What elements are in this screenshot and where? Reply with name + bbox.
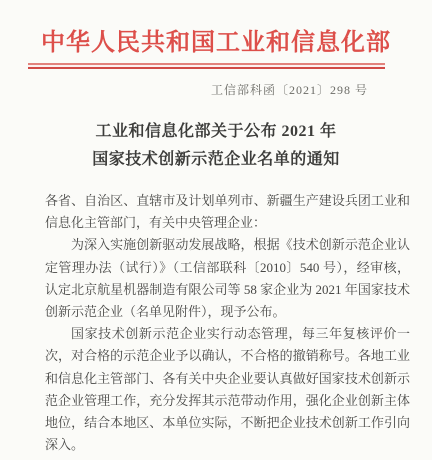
official-document-page: 中华人民共和国工业和信息化部 工信部科函〔2021〕298 号 工业和信息化部关… <box>0 0 432 460</box>
red-header-rule <box>28 63 385 69</box>
body-paragraph-2: 国家技术创新示范企业实行动态管理，每三年复核评价一次，对合格的示范企业予以确认，… <box>45 323 410 456</box>
document-reference-number: 工信部科函〔2021〕298 号 <box>0 83 432 98</box>
document-title-line-1: 工业和信息化部关于公布 2021 年 <box>0 118 432 146</box>
salutation-line: 各省、自治区、直辖市及计划单列市、新疆生产建设兵团工业和信息化主管部门，有关中央… <box>45 190 410 234</box>
document-title: 工业和信息化部关于公布 2021 年 国家技术创新示范企业名单的通知 <box>0 118 432 174</box>
document-title-line-2: 国家技术创新示范企业名单的通知 <box>0 146 432 174</box>
document-body: 各省、自治区、直辖市及计划单列市、新疆生产建设兵团工业和信息化主管部门，有关中央… <box>45 190 410 456</box>
ministry-header-title: 中华人民共和国工业和信息化部 <box>16 29 416 57</box>
body-paragraph-1: 为深入实施创新驱动发展战略，根据《技术创新示范企业认定管理办法（试行）》（工信部… <box>45 234 410 323</box>
